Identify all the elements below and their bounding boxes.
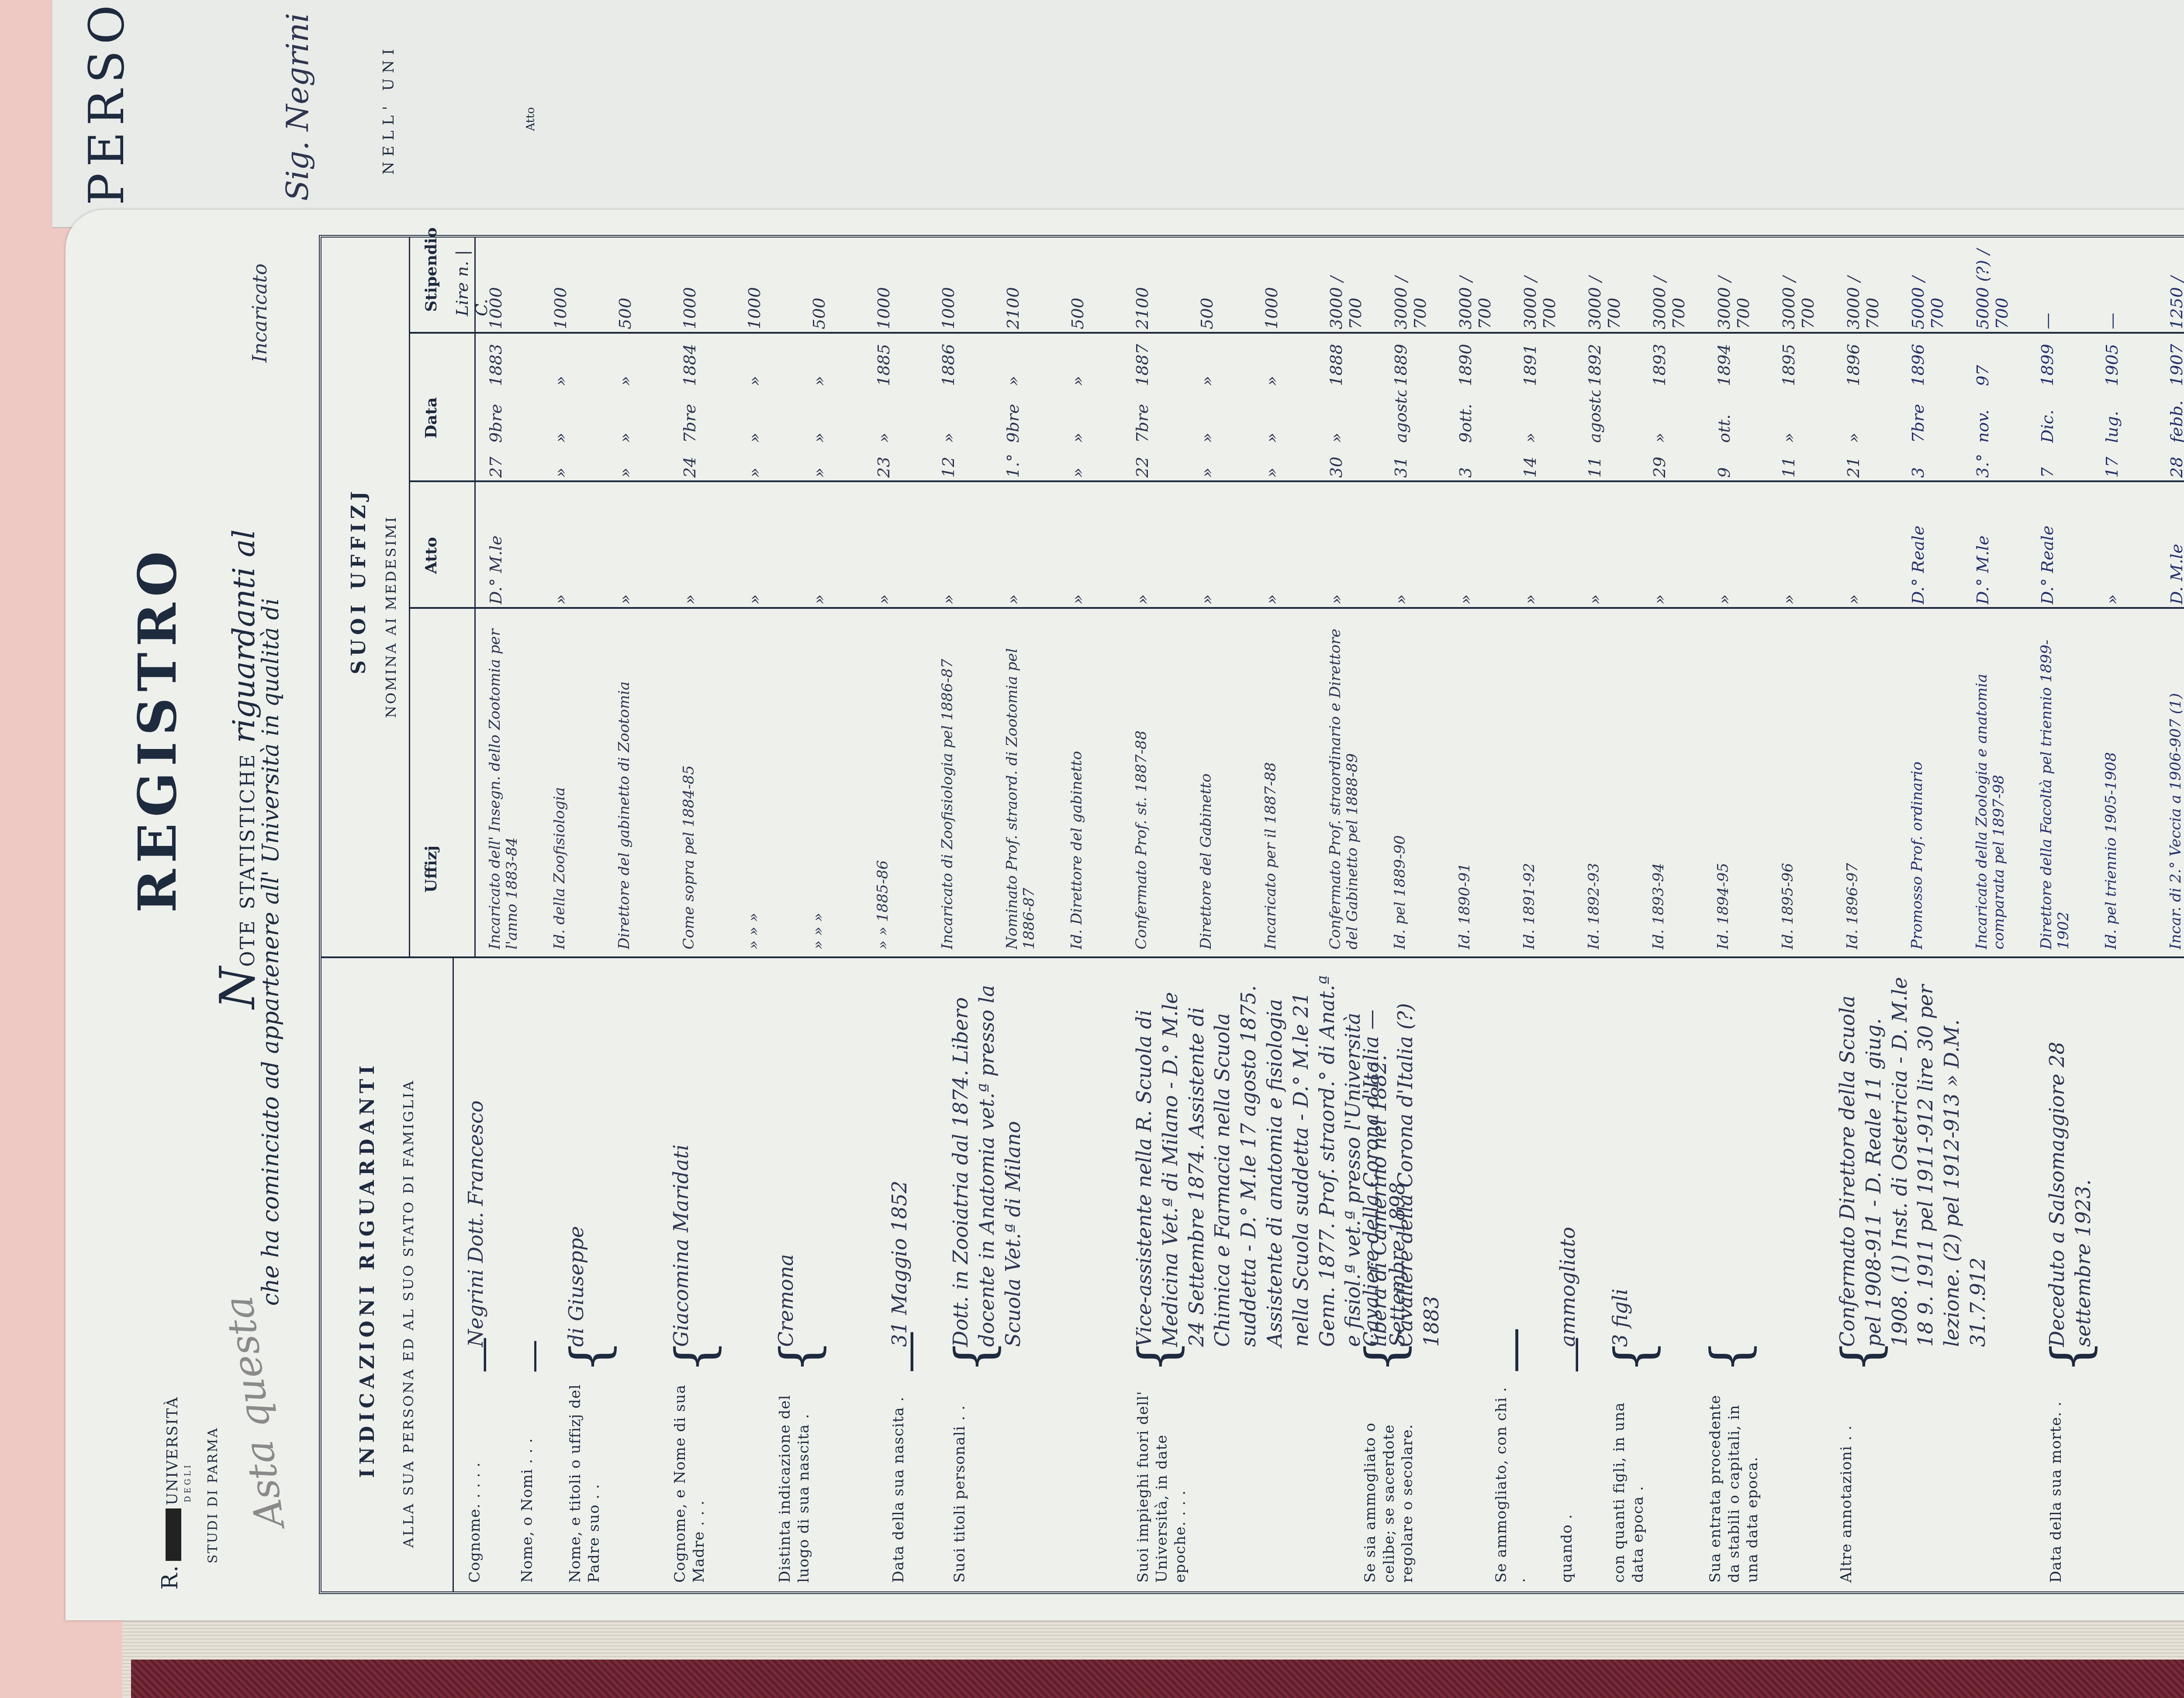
table-row: Incaricato per il 1887-88»»»»1000 [1259,242,1324,954]
act-cell: » [1327,487,1346,604]
table-row: Come sopra pel 1884-85»247bre18841000 [677,242,742,954]
month-cell: » [939,390,958,443]
table-row: Id. 1895-96»11»18953000 / 700 [1776,242,1841,954]
act-cell: D.° M.le [1973,487,1993,604]
field-label: Suoi impieghi fuori dell' Università, in… [1134,1377,1190,1583]
field-label: Nome, e titoli o uffizj del Padre suo . … [566,1377,603,1583]
col-stipendio: Stipendio [422,228,440,312]
table-row: Id. 1896-97»21»18963000 / 700 [1841,242,1905,954]
personal-data-row: Se sia ammogliato o celibe; se sacerdote… [1357,963,1488,1583]
personal-data-row: Suoi titoli personali . .{Dott. in Zooia… [946,963,1130,1583]
day-cell: 1.° [1004,443,1023,478]
month-cell: 7bre [1133,390,1152,443]
table-row: Direttore della Facoltà pel triennio 189… [2035,242,2099,954]
month-cell: agosto [1586,390,1605,443]
year-cell: 1885 [874,334,894,386]
act-cell: » [616,487,635,604]
day-cell: 17 [2103,443,2122,478]
month-cell: agosto [1392,390,1411,443]
office-cell: Incaricato della Zoologia e anatomia com… [1973,613,2008,949]
day-cell: » [810,443,829,478]
year-cell: 1888 [1327,334,1346,386]
office-cell: Id. 1892-93 [1586,613,1603,949]
office-cell: Id. 1893-94 [1650,613,1667,949]
field-label: Cognome. . . . . [466,1377,484,1583]
year-cell: 1899 [2038,334,2057,386]
table-row: Incaricato della Zoologia e anatomia com… [1970,242,2035,954]
salary-cell: 2100 [1133,242,1152,329]
field-label: Se ammogliato, con chi . . [1492,1377,1529,1583]
year-cell: » [1198,334,1217,386]
office-cell: Id. Direttore del gabinetto [1068,613,1085,949]
brace-mark: — [1490,1327,1536,1373]
month-cell: 9bre [1004,390,1023,443]
field-value: Cavaliere della Corona d'Italia — Settem… [1358,963,1411,1347]
salary-cell: 500 [1068,242,1088,329]
salary-cell: 500 [616,242,635,329]
salary-cell: 5000 (?) / 700 [1973,242,2011,329]
year-cell: 1890 [1456,334,1476,386]
right-section-subheading: NOMINA AI MEDESIMI [383,515,399,718]
office-cell: Incaricato dell' Insegn. dello Zootomia … [487,613,521,949]
redaction-mark [166,1508,181,1561]
field-label: Se sia ammogliato o celibe; se sacerdote… [1361,1377,1417,1583]
act-cell: » [1262,487,1282,604]
table-row: Confermato Prof. straordinario e Diretto… [1324,242,1388,954]
table-row: Incaricato di Zoofisiologia pel 1886-87»… [936,242,1000,954]
field-value: ammogliato [1555,963,1581,1347]
field-value: 3 figli [1607,963,1634,1347]
office-cell: Promosso Prof. ordinario [1909,613,1926,949]
day-cell: 7 [2038,443,2057,478]
table-row: » » »»»»»500 [806,242,871,954]
table-row: Id. 1891-92»14»18913000 / 700 [1517,242,1582,954]
day-cell: » [745,443,764,478]
year-cell: 1895 [1780,334,1799,386]
office-cell: Id. 1890-91 [1456,613,1473,949]
act-cell: » [1068,487,1088,604]
register-subtitle: NOTE STATISTICHE riguardanti al [210,529,266,1009]
salary-cell: 3000 / 700 [1327,242,1365,329]
salary-cell: 500 [810,242,829,329]
month-cell: 9ott. [1456,390,1476,443]
table-row: Id. Direttore del gabinetto»»»»500 [1065,242,1130,954]
day-cell: 12 [939,443,958,478]
salary-cell: — [2103,242,2122,329]
field-value: Deceduto a Salsomaggiore 28 settembre 19… [2044,963,2097,1347]
year-cell: 1896 [1909,334,1928,386]
day-cell: » [1198,443,1217,478]
year-cell: 1883 [487,334,506,386]
table-row: Id. pel 1889-90»31agosto18893000 / 700 [1388,242,1453,954]
table-row: Nominato Prof. straord. di Zootomia pel … [1000,242,1065,954]
office-cell: Id. della Zoofisiologia [551,613,568,949]
salary-cell: 1000 [681,242,700,329]
office-cell: Id. 1894-95 [1715,613,1732,949]
year-cell: » [745,334,764,386]
field-label: Nome, o Nomi . . . [518,1377,537,1583]
act-cell: D. M.le [2167,487,2184,604]
personal-data-row: Se ammogliato, con chi . .— [1488,963,1553,1583]
office-cell: Come sopra pel 1884-85 [681,613,698,949]
month-cell: 7bre [1909,390,1928,443]
field-value: di Giuseppe [563,963,590,1347]
register-title: REGISTRO [127,545,188,913]
month-cell: » [1650,390,1669,443]
day-cell: 23 [874,443,894,478]
day-cell: 31 [1392,443,1411,478]
col-atto: Atto [422,537,440,574]
table-row: Promosso Prof. ordinarioD.° Reale37bre18… [1905,242,1970,954]
month-cell: ott. [1715,390,1734,443]
personal-data-row: Nome, o Nomi . . .— [514,963,562,1583]
day-cell: 30 [1327,443,1346,478]
day-cell: 21 [1844,443,1863,478]
field-value: Dott. in Zooiatria dal 1874. Libero doce… [948,963,1026,1347]
office-cell: Id. pel triennio 1905-1908 [2103,613,2120,949]
salary-cell: 3000 / 700 [1780,242,1818,329]
day-cell: 24 [681,443,700,478]
col-data: Data [422,397,440,439]
table-row: Id. della Zoofisiologia»»»»1000 [548,242,612,954]
year-cell: » [1068,334,1088,386]
left-section-subheading: ALLA SUA PERSONA ED AL SUO STATO DI FAMI… [400,1079,417,1548]
act-cell: » [1780,487,1799,604]
act-cell: » [810,487,829,604]
left-header-rule [453,958,454,1591]
day-cell: 11 [1586,443,1605,478]
salary-cell: — [2038,242,2057,329]
table-row: Incaricato dell' Insegn. dello Zootomia … [483,242,548,954]
field-value: Giacomina Maridati [668,963,695,1347]
column-header-rule [474,238,476,958]
year-cell: 1891 [1521,334,1540,386]
field-label: con quanti figli, in una data epoca . [1610,1377,1647,1583]
act-cell: » [1004,487,1023,604]
field-label: Data della sua morte. . [2047,1377,2066,1583]
month-cell: febb. [2167,390,2184,443]
book-cover [131,1660,2184,1698]
year-cell: 1907 [2167,334,2184,386]
year-cell: 1887 [1133,334,1152,386]
act-cell: » [1392,487,1411,604]
day-cell: » [1262,443,1282,478]
day-cell: 27 [487,443,506,478]
year-cell: » [1004,334,1023,386]
table-row: Id. pel triennio 1905-1908»17lug.1905— [2099,242,2164,954]
col-uffizj: Uffizj [422,846,440,893]
office-cell: » » » [810,613,827,949]
table-row: Incar. di 2.° Veccia a 1906-907 (1)D. M.… [2164,242,2184,954]
office-cell: Confermato Prof. straordinario e Diretto… [1327,613,1361,949]
act-cell: » [874,487,894,604]
office-cell: Id. pel 1889-90 [1392,613,1409,949]
personal-data-row: con quanti figli, in una data epoca .{3 … [1606,963,1702,1583]
pencil-annotation: Asta questa [215,1293,293,1531]
table-row: Id. 1894-95»9ott.18943000 / 700 [1711,242,1776,954]
personal-data-row: Altre annotazioni . .{Confermato Diretto… [1833,963,2042,1583]
right-section-heading: SUOI UFFIZJ [348,487,370,674]
year-cell: 1886 [939,334,958,386]
field-value: 31 Maggio 1852 [887,963,913,1347]
field-label: Cognome, e Nome di sua Madre . . . [671,1377,708,1583]
field-label: Data della sua nascita . [889,1377,908,1583]
field-label: quando . [1558,1377,1576,1583]
day-cell: 14 [1521,443,1540,478]
year-cell: 1893 [1650,334,1669,386]
day-cell: 22 [1133,443,1152,478]
office-cell: Id. 1895-96 [1780,613,1797,949]
next-page-handwriting: Sig. Negrini [280,13,315,201]
year-cell: 1896 [1844,334,1863,386]
month-cell: lug. [2103,390,2122,443]
act-cell: » [745,487,764,604]
personal-data-row: Data della sua morte. .{Deceduto a Salso… [2042,963,2184,1583]
salary-cell: 1000 [487,242,506,329]
month-cell: » [1780,390,1799,443]
month-cell: » [1262,390,1282,443]
institution-name: R.UNIVERSITÀ [157,1397,183,1590]
field-value: Negrini Dott. Francesco [463,963,489,1347]
field-label: Sua entrata procedente da stabili o capi… [1706,1377,1762,1583]
month-cell: 9bre [487,390,506,443]
month-cell: » [1844,390,1863,443]
salary-cell: 1250 / 700 [2167,242,2184,329]
day-cell: » [616,443,635,478]
table-row: Id. 1890-91»39ott.18903000 / 700 [1453,242,1517,954]
institution-degli: DEGLI [183,1463,193,1502]
month-cell: » [745,390,764,443]
salary-cell: 500 [1198,242,1217,329]
salary-cell: 1000 [745,242,764,329]
act-cell: » [551,487,570,604]
year-cell: 1894 [1715,334,1734,386]
salary-cell: 5000 / 700 [1909,242,1947,329]
register-sheet: R.UNIVERSITÀ DEGLI STUDI DI PARMA Asta q… [66,210,2184,1620]
year-cell: 1905 [2103,334,2122,386]
personal-data-row: Suoi impieghi fuori dell' Università, in… [1130,963,1357,1583]
qualifica-handwritten: Incaricato [249,263,271,362]
day-cell: 3.° [1973,443,1993,478]
table-row: » » 1885-86»23»18851000 [871,242,936,954]
section-divider [321,956,2184,958]
act-cell: » [1198,487,1217,604]
day-cell: » [1068,443,1088,478]
personal-data-row: Cognome. . . . .—Negrini Dott. Francesco [461,963,514,1583]
month-cell: » [616,390,635,443]
personal-data-row: Nome, e titoli o uffizj del Padre suo . … [562,963,667,1583]
next-page-section: NELL' UNI [380,44,397,175]
next-page-title: PERSON [79,0,135,205]
year-cell: 97 [1973,334,1993,386]
office-cell: Direttore della Facoltà pel triennio 189… [2038,613,2072,949]
day-cell: 11 [1780,443,1799,478]
year-cell: » [616,334,635,386]
day-cell: 28 [2167,443,2184,478]
brace-mark: { [1704,1340,1757,1373]
register-subtitle-line2: che ha cominciato ad appartenere all' Un… [258,598,284,1306]
act-cell: D.° Reale [1909,487,1928,604]
month-cell: » [874,390,894,443]
month-cell: 7bre [681,390,700,443]
month-cell: » [1521,390,1540,443]
act-cell: » [1521,487,1540,604]
salary-cell: 3000 / 700 [1586,242,1624,329]
month-cell: » [551,390,570,443]
field-label: Distinta indicazione del luogo di sua na… [776,1377,813,1583]
institution-city: STUDI DI PARMA [205,1427,221,1563]
office-cell: Incaricato per il 1887-88 [1262,613,1279,949]
year-cell: » [810,334,829,386]
act-cell: » [2103,487,2122,604]
left-section-heading: INDICAZIONI RIGUARDANTI [356,1061,379,1478]
field-value: Cremona [773,963,799,1347]
table-row: Id. 1892-93»11agosto18923000 / 700 [1582,242,1647,954]
salary-cell: 1000 [874,242,894,329]
act-cell: » [1586,487,1605,604]
day-cell: 3 [1456,443,1476,478]
register-page: R.UNIVERSITÀ DEGLI STUDI DI PARMA Asta q… [66,210,2184,1620]
salary-cell: 3000 / 700 [1715,242,1753,329]
salary-cell: 3000 / 700 [1650,242,1688,329]
month-cell: » [1198,390,1217,443]
office-cell: Confermato Prof. st. 1887-88 [1133,613,1150,949]
next-page-col-atto: Atto [524,107,537,131]
year-cell: » [1262,334,1282,386]
act-cell: » [1456,487,1476,604]
day-cell: 3 [1909,443,1928,478]
month-cell: » [1068,390,1088,443]
month-cell: Dic. [2038,390,2057,443]
act-cell: » [1133,487,1152,604]
table-row: Confermato Prof. st. 1887-88»227bre18872… [1130,242,1194,954]
office-cell: Direttore del gabinetto di Zootomia [616,613,633,949]
day-cell: 29 [1650,443,1669,478]
field-value: Confermato Direttore della Scuola pel 19… [1835,963,1991,1347]
year-cell: » [551,334,570,386]
salary-cell: 2100 [1004,242,1023,329]
act-cell: » [681,487,700,604]
office-cell: » » 1885-86 [874,613,892,949]
office-cell: Incar. di 2.° Veccia a 1906-907 (1) [2167,613,2184,949]
year-cell: 1889 [1392,334,1411,386]
day-cell: 9 [1715,443,1734,478]
salary-cell: 3000 / 700 [1844,242,1882,329]
day-cell: » [551,443,570,478]
personal-data-row: Sua entrata procedente da stabili o capi… [1702,963,1833,1583]
salary-cell: 1000 [551,242,570,329]
field-label: Altre annotazioni . . [1837,1377,1856,1583]
salary-cell: 1000 [1262,242,1282,329]
salary-cell: 3000 / 700 [1392,242,1430,329]
office-cell: Direttore del Gabinetto [1198,613,1215,949]
table-row: Direttore del gabinetto di Zootomia»»»»5… [612,242,677,954]
office-cell: » » » [745,613,762,949]
table-row: Id. 1893-94»29»18933000 / 700 [1647,242,1711,954]
act-cell: » [1650,487,1669,604]
salary-cell: 3000 / 700 [1521,242,1559,329]
personal-data-row: Distinta indicazione del luogo di sua na… [771,963,885,1583]
personal-data-row: Cognome, e Nome di sua Madre . . .{Giaco… [667,963,771,1583]
month-cell: nov. [1973,390,1993,443]
act-cell: » [939,487,958,604]
personal-data-row: quando .—ammogliato [1553,963,1606,1583]
register-table: INDICAZIONI RIGUARDANTI ALLA SUA PERSONA… [319,235,2184,1594]
act-cell: » [1715,487,1734,604]
table-row: » » »»»»»1000 [742,242,806,954]
year-cell: 1892 [1586,334,1605,386]
salary-cell: 3000 / 700 [1456,242,1494,329]
next-page-sheet [52,0,2184,228]
month-cell: » [1327,390,1346,443]
act-cell: » [1844,487,1863,604]
office-cell: Incaricato di Zoofisiologia pel 1886-87 [939,613,956,949]
salary-cell: 1000 [939,242,958,329]
act-cell: D.° M.le [487,487,506,604]
month-cell: » [810,390,829,443]
office-cell: Nominato Prof. straord. di Zootomia pel … [1004,613,1038,949]
field-label: Suoi titoli personali . . [950,1377,969,1583]
year-cell: 1884 [681,334,700,386]
personal-data-row: Data della sua nascita .—31 Maggio 1852 [885,963,946,1583]
act-cell: D.° Reale [2038,487,2057,604]
table-row: Direttore del Gabinetto»»»»500 [1194,242,1259,954]
right-header-rule [409,238,410,958]
brace-mark: — [516,1339,550,1373]
office-cell: Id. 1891-92 [1521,613,1538,949]
office-cell: Id. 1896-97 [1844,613,1861,949]
